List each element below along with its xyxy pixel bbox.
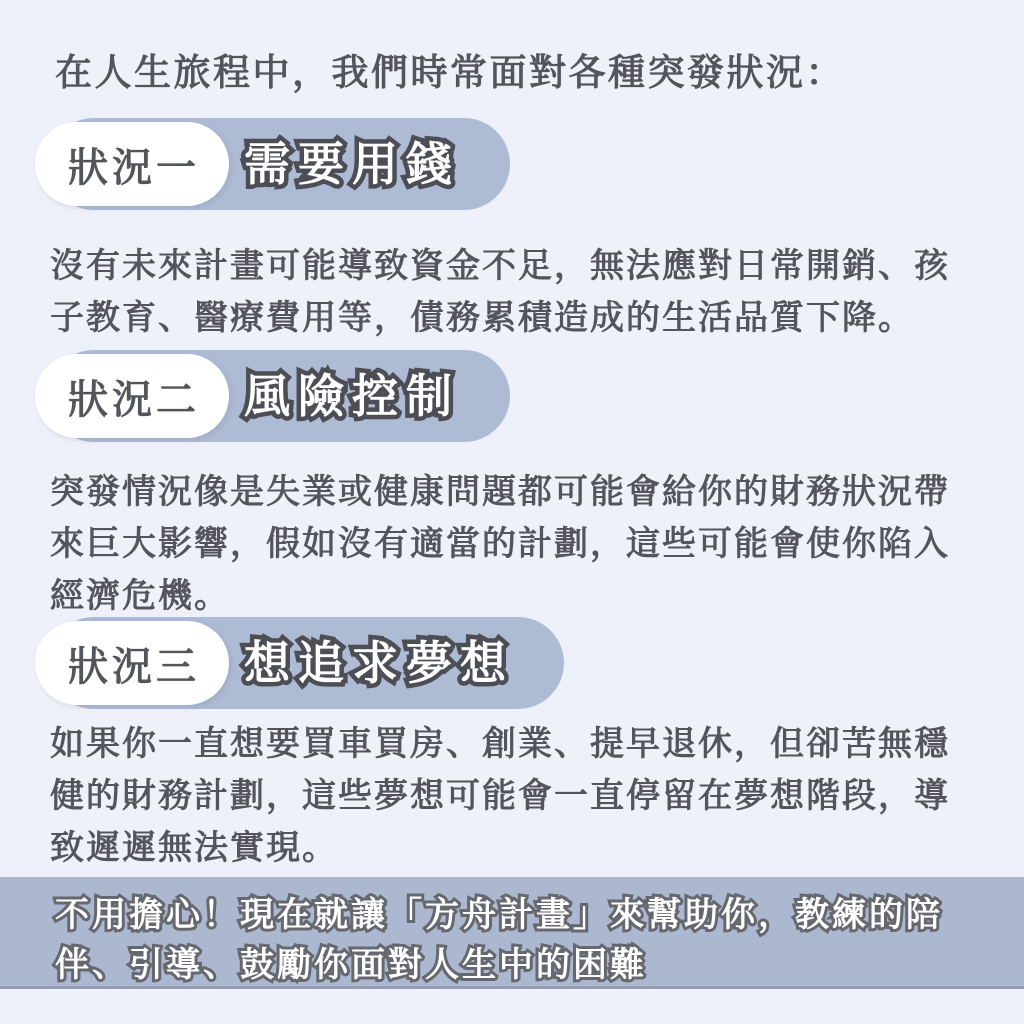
situation-2-title: 風險控制 風險控制	[244, 373, 460, 419]
situation-2-badge-pill: 狀況二	[35, 354, 229, 438]
footer-banner: 不用擔心！現在就讓「方舟計畫」來幫助你，教練的陪伴、引導、鼓勵你面對人生中的困難…	[0, 877, 1024, 989]
intro-headline: 在人生旅程中，我們時常面對各種突發狀況：	[55, 42, 995, 96]
footer-message: 不用擔心！現在就讓「方舟計畫」來幫助你，教練的陪伴、引導、鼓勵你面對人生中的困難…	[55, 890, 960, 990]
situation-3-badge-row: 想追求夢想 想追求夢想 狀況三	[35, 617, 564, 711]
situation-3-title-fill: 想追求夢想	[244, 640, 514, 686]
situation-2-title-fill: 風險控制	[244, 373, 460, 419]
situation-3-badge-label: 狀況三	[68, 635, 200, 692]
infographic-page: 在人生旅程中，我們時常面對各種突發狀況： 需要用錢 需要用錢 狀況一 沒有未來計…	[0, 0, 1024, 1024]
situation-1-description: 沒有未來計畫可能導致資金不足，無法應對日常開銷、孩子教育、醫療費用等，債務累積造…	[50, 240, 968, 344]
situation-1-title: 需要用錢 需要用錢	[244, 141, 460, 187]
situation-1-title-fill: 需要用錢	[244, 141, 460, 187]
situation-1-badge-row: 需要用錢 需要用錢 狀況一	[35, 118, 510, 212]
situation-2-description: 突發情況像是失業或健康問題都可能會給你的財務狀況帶來巨大影響，假如沒有適當的計劃…	[50, 466, 968, 622]
situation-1-badge-label: 狀況一	[68, 136, 200, 193]
situation-3-description: 如果你一直想要買車買房、創業、提早退休，但卻苦無穩健的財務計劃，這些夢想可能會一…	[50, 718, 968, 874]
footer-message-fill: 不用擔心！現在就讓「方舟計畫」來幫助你，教練的陪伴、引導、鼓勵你面對人生中的困難	[55, 890, 960, 990]
situation-1-badge-pill: 狀況一	[35, 122, 229, 206]
situation-3-title: 想追求夢想 想追求夢想	[244, 640, 514, 686]
situation-2-badge-label: 狀況二	[68, 368, 200, 425]
situation-2-badge-row: 風險控制 風險控制 狀況二	[35, 350, 510, 444]
situation-3-badge-pill: 狀況三	[35, 621, 229, 705]
